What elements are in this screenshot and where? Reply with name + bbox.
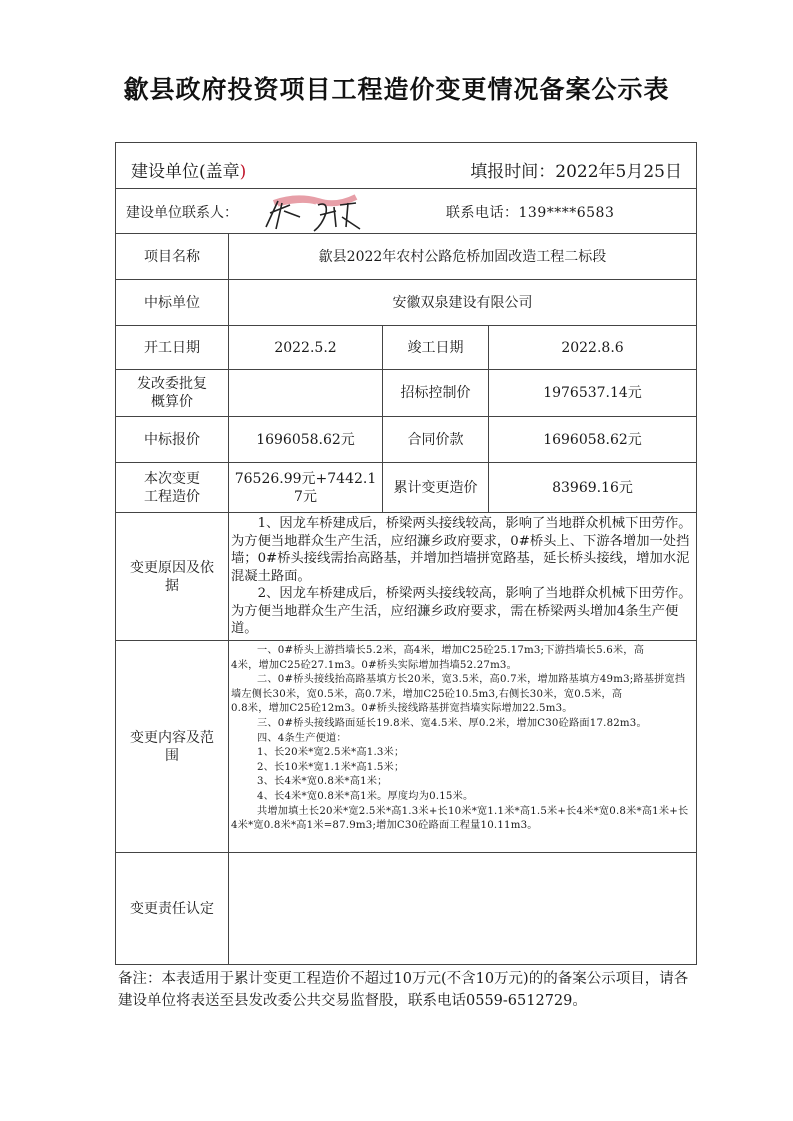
- row-change-content: 变更内容及范围 一、0#桥头上游挡墙长5.2米，高4米，增加C25砼25.17m…: [116, 641, 696, 853]
- label-project-name: 项目名称: [116, 234, 229, 279]
- value-contract-price: 1696058.62元: [489, 417, 696, 462]
- row-dates: 开工日期 2022.5.2 竣工日期 2022.8.6: [116, 326, 696, 370]
- construction-unit-seal-label: 建设单位(盖章): [131, 157, 246, 182]
- row-approval: 发改委批复概算价 招标控制价 1976537.14元: [116, 370, 696, 417]
- value-bid-price: 1696058.62元: [229, 417, 383, 462]
- page-title: 歙县政府投资项目工程造价变更情况备案公示表: [0, 70, 793, 106]
- reason-paragraph-1: 1、因龙车桥建成后，桥梁两头接线较高，影响了当地群众机械下田劳作。为方便当地群众…: [231, 515, 694, 585]
- contact-person-label: 建设单位联系人：: [126, 202, 238, 222]
- row-responsibility: 变更责任认定: [116, 853, 696, 964]
- content-line: 2、长10米*宽1.1米*高1.5米；: [231, 761, 694, 776]
- row-project-name: 项目名称 歙县2022年农村公路危桥加固改造工程二标段: [116, 234, 696, 280]
- content-line: 二、0#桥头接线抬高路基填方长20米，宽3.5米，高0.7米，增加路基填方49m…: [231, 673, 694, 702]
- content-line: 一、0#桥头上游挡墙长5.2米，高4米，增加C25砼25.17m3;下游挡墙长5…: [231, 644, 694, 659]
- contact-phone: 联系电话：139****6583: [446, 202, 614, 222]
- reason-paragraph-2: 2、因龙车桥建成后，桥梁两头接线较高，影响了当地群众机械下田劳作。为方便当地群众…: [231, 585, 694, 638]
- row-bid: 中标报价 1696058.62元 合同价款 1696058.62元: [116, 417, 696, 463]
- row-change-reason: 变更原因及依据 1、因龙车桥建成后，桥梁两头接线较高，影响了当地群众机械下田劳作…: [116, 513, 696, 641]
- value-bid-control-price: 1976537.14元: [489, 370, 696, 416]
- content-line: 共增加填土长20米*宽2.5米*高1.3米+长10米*宽1.1米*高1.5米+长…: [231, 805, 694, 834]
- signature-image: [256, 191, 376, 233]
- label-contract-price: 合同价款: [383, 417, 489, 462]
- seal-label-paren: ): [240, 162, 247, 182]
- content-line: 3、长4米*宽0.8米*高1米；: [231, 775, 694, 790]
- row-change-cost: 本次变更工程造价 76526.99元+7442.17元 累计变更造价 83969…: [116, 463, 696, 513]
- value-cumulative-change: 83969.16元: [489, 463, 696, 512]
- row-winning-unit: 中标单位 安徽双泉建设有限公司: [116, 280, 696, 326]
- label-winning-unit: 中标单位: [116, 280, 229, 325]
- content-line: 1、长20米*宽2.5米*高1.3米；: [231, 746, 694, 761]
- value-responsibility: [229, 853, 696, 964]
- content-line: 四、4条生产便道：: [231, 732, 694, 747]
- value-change-cost: 76526.99元+7442.17元: [229, 463, 383, 512]
- value-end-date: 2022.8.6: [489, 326, 696, 369]
- label-cumulative-change: 累计变更造价: [383, 463, 489, 512]
- label-change-cost: 本次变更工程造价: [116, 463, 229, 512]
- value-approval-estimate: [229, 370, 383, 416]
- value-change-content: 一、0#桥头上游挡墙长5.2米，高4米，增加C25砼25.17m3;下游挡墙长5…: [229, 641, 696, 852]
- header-row: 建设单位(盖章) 填报时间：2022年5月25日: [116, 143, 696, 189]
- label-end-date: 竣工日期: [383, 326, 489, 369]
- contact-row: 建设单位联系人： 联系电话：139****6583: [116, 189, 696, 234]
- label-start-date: 开工日期: [116, 326, 229, 369]
- value-start-date: 2022.5.2: [229, 326, 383, 369]
- content-line: 0.8米，增加C25砼12m3。0#桥头接线路基拼宽挡墙实际增加22.5m3。: [231, 702, 694, 717]
- label-bid-control-price: 招标控制价: [383, 370, 489, 416]
- label-change-content: 变更内容及范围: [116, 641, 229, 852]
- content-line: 三、0#桥头接线路面延长19.8米、宽4.5米、厚0.2米，增加C30砼路面17…: [231, 717, 694, 732]
- label-change-reason: 变更原因及依据: [116, 513, 229, 640]
- label-bid-price: 中标报价: [116, 417, 229, 462]
- content-line: 4米，增加C25砼27.1m3。0#桥头实际增加挡墙52.27m3。: [231, 659, 694, 674]
- seal-label-text: 建设单位(盖章: [131, 162, 240, 182]
- label-approval-estimate: 发改委批复概算价: [116, 370, 229, 416]
- value-winning-unit: 安徽双泉建设有限公司: [229, 280, 696, 325]
- filing-form-table: 建设单位(盖章) 填报时间：2022年5月25日 建设单位联系人： 联系电话：1…: [115, 142, 697, 965]
- fill-time: 填报时间：2022年5月25日: [470, 157, 682, 182]
- footnote: 备注：本表适用于累计变更工程造价不超过10万元(不含10万元)的的备案公示项目，…: [118, 968, 698, 1012]
- value-project-name: 歙县2022年农村公路危桥加固改造工程二标段: [229, 234, 696, 279]
- content-line: 4、长4米*宽0.8米*高1米。厚度均为0.15米。: [231, 790, 694, 805]
- value-change-reason: 1、因龙车桥建成后，桥梁两头接线较高，影响了当地群众机械下田劳作。为方便当地群众…: [229, 513, 696, 640]
- label-responsibility: 变更责任认定: [116, 853, 229, 964]
